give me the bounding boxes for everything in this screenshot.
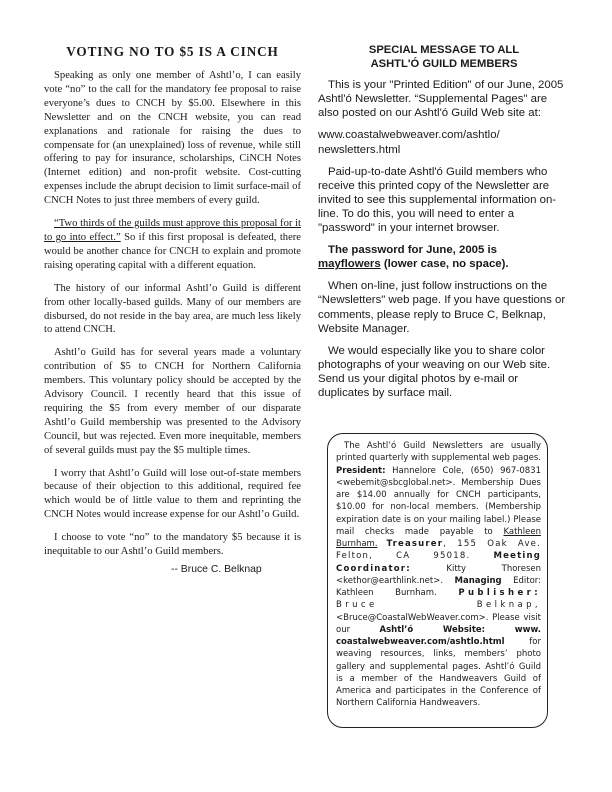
message-paragraph: Paid-up-to-date Ashtl'ó Guild members wh… <box>318 165 570 235</box>
article-paragraph: The history of our informal Ashtl’o Guil… <box>44 282 301 338</box>
special-message-title: SPECIAL MESSAGE TO ALL ASHTL'Ó GUILD MEM… <box>318 44 570 71</box>
special-message-column: SPECIAL MESSAGE TO ALL ASHTL'Ó GUILD MEM… <box>318 44 570 408</box>
info-intro: The Ashtl’ó Guild Newsletters are usuall… <box>336 441 541 463</box>
message-paragraph: This is your "Printed Edition" of our Ju… <box>318 78 570 120</box>
guild-info-box: The Ashtl’ó Guild Newsletters are usuall… <box>327 433 548 728</box>
title-line-2: ASHTL'Ó GUILD MEMBERS <box>371 58 518 70</box>
treasurer-label: Treasurer <box>387 539 444 549</box>
url-line-1[interactable]: www.coastalwebweaver.com/ashtlo/ <box>318 129 500 141</box>
article-paragraph: Ashtl’o Guild has for several years made… <box>44 346 301 457</box>
title-line-1: SPECIAL MESSAGE TO ALL <box>369 44 519 56</box>
website-url[interactable]: www.coastalwebweaver.com/ashtlo/ newslet… <box>318 128 570 156</box>
article-paragraph: I choose to vote “no” to the mandatory $… <box>44 531 301 559</box>
password-value: mayflowers <box>318 258 381 270</box>
publisher-label: Publisher: <box>458 588 541 598</box>
article-signature: -- Bruce C. Belknap <box>44 563 301 577</box>
article-title: VOTING NO TO $5 IS A CINCH <box>44 44 301 60</box>
guild-info-text: The Ashtl’ó Guild Newsletters are usuall… <box>336 440 541 710</box>
article-paragraph: I worry that Ashtl’o Guild will lose out… <box>44 467 301 523</box>
password-paragraph: The password for June, 2005 is mayflower… <box>318 243 570 271</box>
message-paragraph: We would especially like you to share co… <box>318 344 570 400</box>
article-column: VOTING NO TO $5 IS A CINCH Speaking as o… <box>44 44 301 586</box>
message-paragraph: When on-line, just follow instructions o… <box>318 279 570 335</box>
article-quote-paragraph: “Two thirds of the guilds must approve t… <box>44 217 301 273</box>
password-note: (lower case, no space). <box>381 258 509 270</box>
info-closing: for weaving resources, links, members’ p… <box>336 637 541 708</box>
publisher-name: Bruce Belknap, <box>336 600 541 610</box>
editor-label: Managing <box>455 576 502 586</box>
url-line-2[interactable]: newsletters.html <box>318 144 400 156</box>
password-intro: The password for June, 2005 is <box>328 244 497 256</box>
president-label: President: <box>336 466 386 476</box>
article-paragraph: Speaking as only one member of Ashtl’o, … <box>44 69 301 208</box>
